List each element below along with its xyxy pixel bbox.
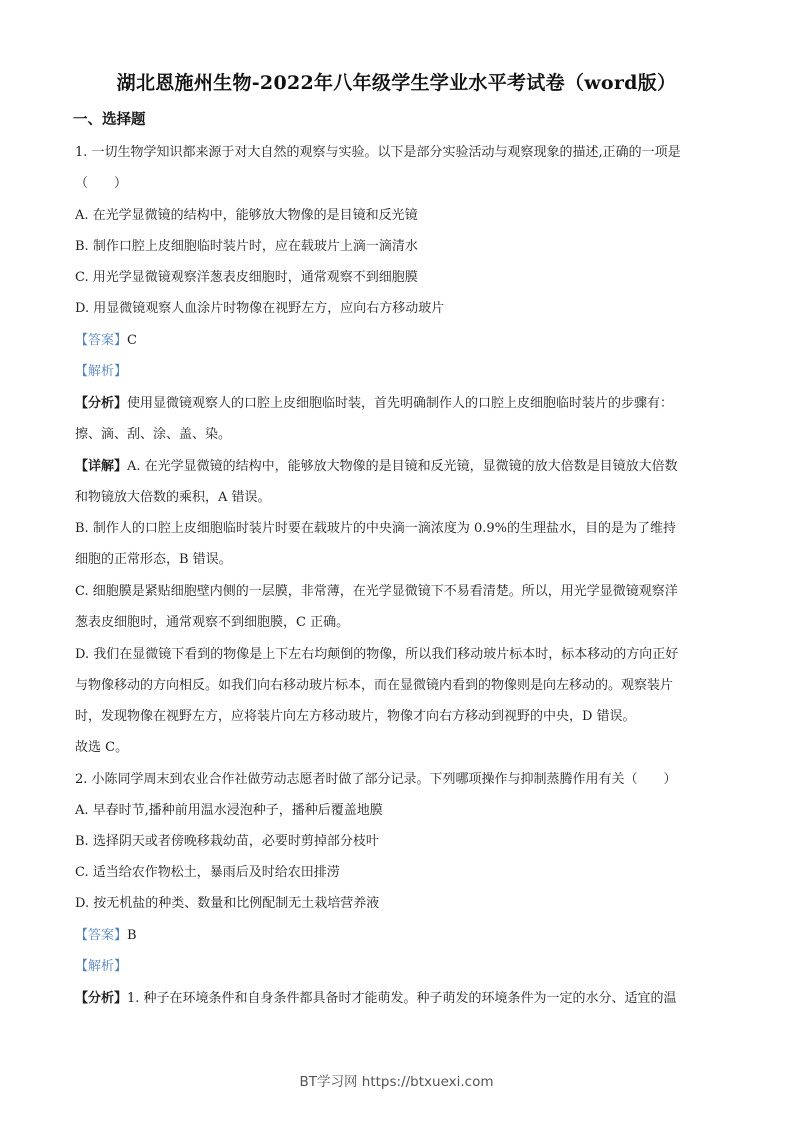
q1-fenxi-line-2: 擦、滴、刮、涂、盖、染。 [75, 423, 231, 442]
q2-option-c: C. 适当给农作物松土，暴雨后及时给农田排涝 [75, 861, 340, 880]
fenxi-text: 1. 种子在环境条件和自身条件都具备时才能萌发。种子萌发的环境条件为一定的水分、… [127, 991, 677, 1006]
answer-label: 【答案】 [75, 333, 127, 348]
q2-option-a: A. 早春时节,播种前用温水浸泡种子，播种后覆盖地膜 [75, 799, 383, 818]
q2-stem: 2. 小陈同学周末到农业合作社做劳动志愿者时做了部分记录。下列哪项操作与抑制蒸腾… [75, 768, 677, 787]
q2-analysis-label: 【解析】 [75, 955, 127, 974]
answer-value: B [127, 928, 137, 943]
fenxi-text: 使用显微镜观察人的口腔上皮细胞临时装，首先明确制作人的口腔上皮细胞临时装片的步骤… [127, 396, 673, 411]
xiangjie-text: A. 在光学显微镜的结构中，能够放大物像的是目镜和反光镜，显微镜的放大倍数是目镜… [127, 459, 678, 474]
answer-value: C [127, 333, 137, 348]
q1-xiangjie-line-9: 时，发现物像在视野左方，应将装片向左方移动玻片，物像才向右方移动到视野的中央，D… [75, 705, 636, 724]
q1-xiangjie-line-6: 葱表皮细胞时，通常观察不到细胞膜，C 正确。 [75, 611, 349, 630]
q1-conclusion: 故选 C。 [75, 736, 128, 755]
q1-option-b: B. 制作口腔上皮细胞临时装片时，应在载玻片上滴一滴清水 [75, 235, 418, 254]
document-title: 湖北恩施州生物-2022年八年级学生学业水平考试卷（word版） [0, 68, 793, 95]
q1-xiangjie-line-2: 和物镜放大倍数的乘积，A 错误。 [75, 486, 271, 505]
q1-xiangjie-line-8: 与物像移动的方向相反。如我们向右移动玻片标本，而在显微镜内看到的物像则是向左移动… [75, 674, 673, 693]
q2-option-b: B. 选择阴天或者傍晚移栽幼苗，必要时剪掉部分枝叶 [75, 830, 379, 849]
q1-fenxi-line-1: 【分析】使用显微镜观察人的口腔上皮细胞临时装，首先明确制作人的口腔上皮细胞临时装… [75, 392, 673, 411]
q1-xiangjie-line-5: C. 细胞膜是紧贴细胞壁内侧的一层膜，非常薄，在光学显微镜下不易看清楚。所以，用… [75, 580, 678, 599]
q1-option-d: D. 用显微镜观察人血涂片时物像在视野左方，应向右方移动玻片 [75, 297, 444, 316]
answer-label: 【答案】 [75, 928, 127, 943]
q1-xiangjie-line-3: B. 制作人的口腔上皮细胞临时装片时要在载玻片的中央滴一滴浓度为 0.9%的生理… [75, 517, 676, 536]
q1-option-a: A. 在光学显微镜的结构中，能够放大物像的是目镜和反光镜 [75, 204, 418, 223]
q1-answer: 【答案】C [75, 329, 137, 348]
document-page: 湖北恩施州生物-2022年八年级学生学业水平考试卷（word版） 一、选择题 1… [0, 0, 793, 1122]
fenxi-label: 【分析】 [75, 991, 127, 1006]
q1-xiangjie-line-4: 细胞的正常形态，B 错误。 [75, 548, 232, 567]
q1-option-c: C. 用光学显微镜观察洋葱表皮细胞时，通常观察不到细胞膜 [75, 266, 418, 285]
q1-stem: 1. 一切生物学知识都来源于对大自然的观察与实验。以下是部分实验活动与观察现象的… [75, 141, 681, 160]
footer-watermark: BT学习网 https://btxuexi.com [0, 1070, 793, 1090]
q1-stem-blank: （ ） [75, 172, 127, 191]
q2-answer: 【答案】B [75, 924, 137, 943]
q1-xiangjie-line-7: D. 我们在显微镜下看到的物像是上下左右均颠倒的物像，所以我们移动玻片标本时，标… [75, 643, 678, 662]
q1-analysis-label: 【解析】 [75, 360, 127, 379]
q2-fenxi-line-1: 【分析】1. 种子在环境条件和自身条件都具备时才能萌发。种子萌发的环境条件为一定… [75, 987, 677, 1006]
q2-option-d: D. 按无机盐的种类、数量和比例配制无土栽培营养液 [75, 892, 379, 911]
xiangjie-label: 【详解】 [75, 459, 127, 474]
q1-xiangjie-line-1: 【详解】A. 在光学显微镜的结构中，能够放大物像的是目镜和反光镜，显微镜的放大倍… [75, 455, 678, 474]
section-heading: 一、选择题 [73, 108, 146, 129]
fenxi-label: 【分析】 [75, 396, 127, 411]
